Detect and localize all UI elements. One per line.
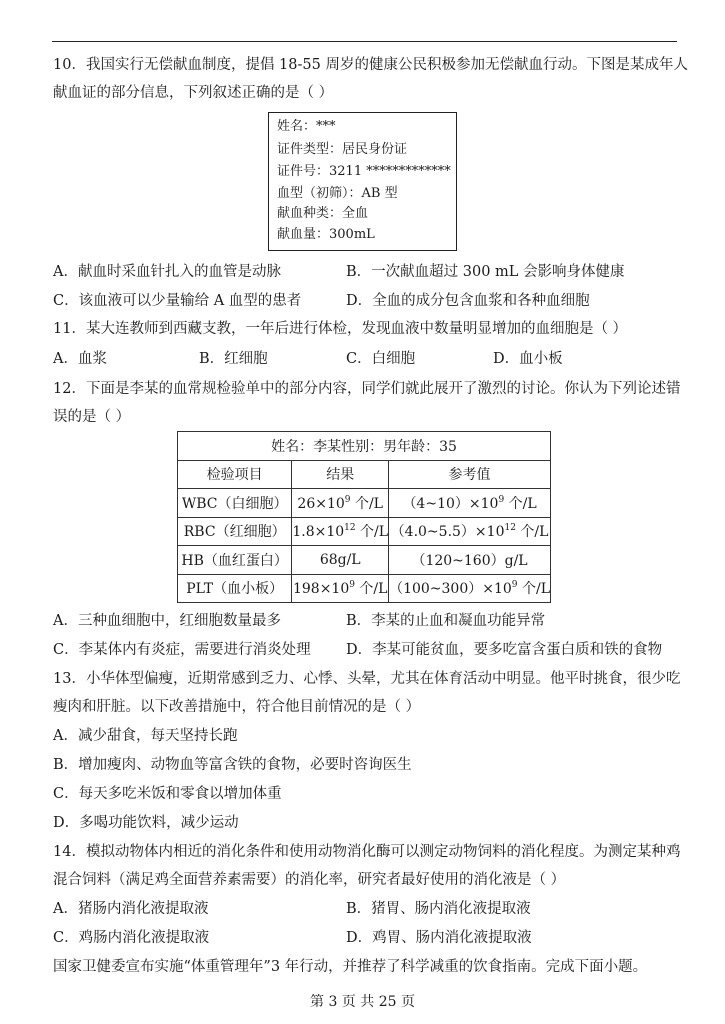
row-result: 68g/L [292, 546, 389, 575]
q14-option-c[interactable]: C．鸡肠内消化液提取液 [53, 929, 209, 947]
q14-option-a[interactable]: A．猪肠内消化液提取液 [53, 900, 208, 918]
q11-option-d[interactable]: D．血小板 [493, 350, 563, 368]
card-id-number: 证件号：3211 ************* [277, 161, 456, 184]
q10-option-a[interactable]: A．献血时采血针扎入的血管是动脉 [53, 263, 281, 281]
card-donation-type: 献血种类：全血 [277, 204, 456, 224]
blood-test-table: 姓名：李某性别：男年龄：35 检验项目 结果 参考值 WBC（白细胞） 26×1… [177, 431, 551, 603]
table-row: RBC（红细胞） 1.8×1012 个/L （4.0~5.5）×1012 个/L [178, 517, 551, 546]
row-item: PLT（血小板） [178, 574, 292, 603]
q12-option-b[interactable]: B．李某的止血和凝血功能异常 [346, 612, 545, 630]
q12-stem-line2: 误的是（ ） [53, 408, 130, 426]
q13-option-a[interactable]: A．减少甜食，每天坚持长跑 [53, 727, 237, 745]
q11-stem: 11．某大连教师到西藏支教，一年后进行体检，发现血液中数量明显增加的血细胞是（ … [53, 320, 627, 338]
q10-option-d[interactable]: D．全血的成分包含血浆和各种血细胞 [346, 292, 590, 310]
q14-stem-line1: 14．模拟动物体内相近的消化条件和使用动物消化酶可以测定动物饲料的消化程度。为测… [53, 843, 680, 861]
q14-option-d[interactable]: D．鸡胃、肠内消化液提取液 [346, 929, 532, 947]
blood-donation-card: 姓名：*** 证件类型：居民身份证 证件号：3211 *************… [268, 112, 457, 251]
q10-stem-line2: 献血证的部分信息，下列叙述正确的是（ ） [53, 84, 333, 102]
row-result: 26×109 个/L [292, 489, 389, 518]
q10-stem-line1: 10．我国实行无偿献血制度，提倡 18-55 周岁的健康公民积极参加无偿献血行动… [53, 56, 688, 74]
table-row: WBC（白细胞） 26×109 个/L （4~10）×109 个/L [178, 489, 551, 518]
table-header-row: 检验项目 结果 参考值 [178, 460, 551, 489]
q12-option-c[interactable]: C．李某体内有炎症，需要进行消炎处理 [53, 641, 311, 659]
card-volume: 献血量：300mL [277, 224, 456, 247]
q13-option-c[interactable]: C．每天多吃米饭和零食以增加体重 [53, 785, 282, 803]
next-section-intro: 国家卫健委宣布实施“体重管理年”3 年行动，并推荐了科学减重的饮食指南。完成下面… [53, 958, 647, 976]
row-result: 1.8×1012 个/L [292, 517, 389, 546]
header-rule [52, 41, 677, 42]
q11-option-c[interactable]: C．白细胞 [346, 350, 415, 368]
card-name: 姓名：*** [277, 116, 456, 139]
table-row: PLT（血小板） 198×109 个/L （100~300）×109 个/L [178, 574, 551, 603]
q12-option-d[interactable]: D．李某可能贫血，要多吃富含蛋白质和铁的食物 [346, 641, 662, 659]
row-reference: （120~160）g/L [389, 546, 551, 575]
q13-stem-line2: 瘦肉和肝脏。以下改善措施中，符合他目前情况的是（ ） [53, 698, 420, 716]
row-reference: （4~10）×109 个/L [389, 489, 551, 518]
q10-option-c[interactable]: C．该血液可以少量输给 A 血型的患者 [53, 292, 301, 310]
card-id-type: 证件类型：居民身份证 [277, 139, 456, 162]
q11-option-a[interactable]: A．血浆 [53, 350, 107, 368]
page-footer: 第 3 页 共 25 页 [0, 991, 725, 1011]
header-item: 检验项目 [178, 460, 292, 489]
q13-option-b[interactable]: B．增加瘦肉、动物血等富含铁的食物，必要时咨询医生 [53, 756, 412, 774]
row-item: RBC（红细胞） [178, 517, 292, 546]
table-row: HB（血红蛋白） 68g/L （120~160）g/L [178, 546, 551, 575]
header-result: 结果 [292, 460, 389, 489]
q10-option-b[interactable]: B．一次献血超过 300 mL 会影响身体健康 [346, 263, 625, 281]
q11-option-b[interactable]: B．红细胞 [199, 350, 268, 368]
row-reference: （100~300）×109 个/L [389, 574, 551, 603]
table-title: 姓名：李某性别：男年龄：35 [178, 432, 551, 461]
row-result: 198×109 个/L [292, 574, 389, 603]
row-reference: （4.0~5.5）×1012 个/L [389, 517, 551, 546]
card-blood-type: 血型（初筛）：AB 型 [277, 184, 456, 204]
row-item: WBC（白细胞） [178, 489, 292, 518]
q14-stem-line2: 混合饲料（满足鸡全面营养素需要）的消化率，研究者最好使用的消化液是（ ） [53, 871, 565, 889]
row-item: HB（血红蛋白） [178, 546, 292, 575]
q12-option-a[interactable]: A．三种血细胞中，红细胞数量最多 [53, 612, 281, 630]
header-reference: 参考值 [389, 460, 551, 489]
q14-option-b[interactable]: B．猪胃、肠内消化液提取液 [346, 900, 531, 918]
q13-stem-line1: 13．小华体型偏瘦，近期常感到乏力、心悸、头晕，尤其在体育活动中明显。他平时挑食… [53, 670, 680, 688]
q13-option-d[interactable]: D．多喝功能饮料，减少运动 [53, 814, 239, 832]
q12-stem-line1: 12．下面是李某的血常规检验单中的部分内容，同学们就此展开了激烈的讨论。你认为下… [53, 380, 680, 398]
